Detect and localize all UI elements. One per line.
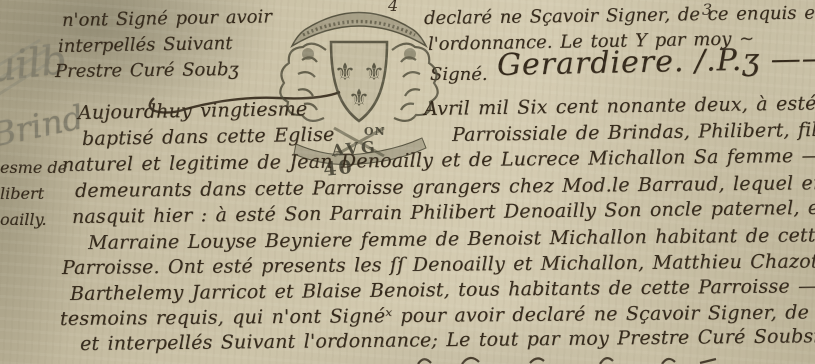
prev-act-right-line-1: declaré ne Sçavoir Signer, de ce enquis … xyxy=(424,2,815,29)
margin-ink-note-line-2: libert xyxy=(0,184,44,203)
act-line-1-left: Aujourdhuy vingtiesme xyxy=(78,98,308,124)
cure-signature: Gerardiere. /.P.ʒ —— xyxy=(497,41,815,83)
fleur-de-lis-icon: ⚜ xyxy=(334,58,356,86)
prev-act-left-line-2: interpellés Suivant xyxy=(58,33,233,57)
stamp-text-ribbon: ON xyxy=(364,125,386,138)
manuscript-page: 4 3 uilb Brind n'ont Signé pour avoir in… xyxy=(0,0,815,364)
fleur-de-lis-icon: ⚜ xyxy=(348,84,370,112)
act-line-3: naturel et legitime de Jean Denoailly et… xyxy=(62,145,815,176)
prev-act-left-line-3: Prestre Curé Soubʒ xyxy=(55,59,239,82)
margin-ink-note-line-1: esme de xyxy=(0,158,67,177)
fleur-de-lis-icon: ⚜ xyxy=(363,58,385,86)
margin-ink-note-line-3: oailly. xyxy=(0,210,47,229)
act-line-6: Marraine Louyse Beyniere femme de Benois… xyxy=(88,224,815,254)
act-line-8: Barthelemy Jarricot et Blaise Benoist, t… xyxy=(70,275,815,305)
act-line-2-right: Parroissiale de Brindas, Philibert, fils xyxy=(452,119,815,146)
cut-off-line-fragment xyxy=(410,352,720,364)
act-line-10: et interpellés Suivant l'ordonnance; Le … xyxy=(80,325,815,355)
act-line-2-left: baptisé dans cette Eglise xyxy=(82,124,335,150)
act-line-7: Parroisse. Ont esté presents les ſſ Deno… xyxy=(62,250,815,279)
prev-act-left-line-1: n'ont Signé pour avoir xyxy=(62,6,272,31)
act-line-1-right: Avril mil Six cent nonante deux, à esté … xyxy=(424,92,815,120)
